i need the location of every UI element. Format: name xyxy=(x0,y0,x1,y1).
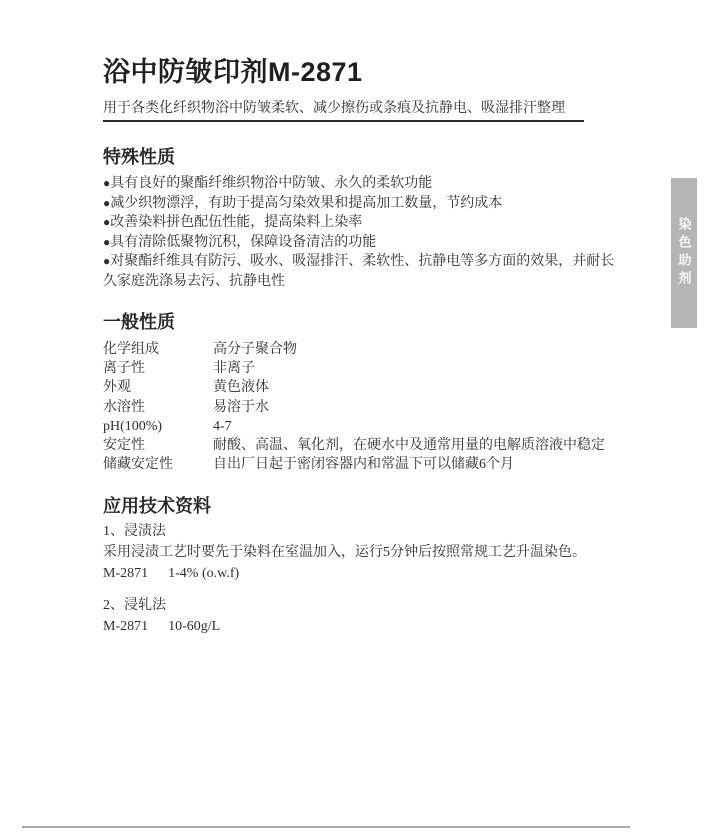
property-label: 储藏安定性 xyxy=(103,455,213,474)
list-item-text: 具有清除低聚物沉积，保障设备清洁的功能 xyxy=(110,235,376,250)
table-row: 离子性 非离子 xyxy=(103,359,651,378)
list-item-text: 具有良好的聚酯纤维织物浴中防皱、永久的柔软功能 xyxy=(110,176,432,191)
list-item-text: 减少织物漂浮，有助于提高匀染效果和提高加工数量，节约成本 xyxy=(110,196,502,211)
method2-dosage: M-287110-60g/L xyxy=(103,616,651,637)
dosage-range: 1-4% (o.w.f) xyxy=(168,566,239,581)
property-value: 高分子聚合物 xyxy=(213,340,651,359)
list-item-text: 对聚酯纤维具有防污、吸水、吸湿排汗、柔软性、抗静电等多方面的效果，并耐长久家庭洗… xyxy=(103,254,614,289)
table-row: 储藏安定性 自出厂日起于密闭容器内和常温下可以储藏6个月 xyxy=(103,455,651,474)
property-label: 安定性 xyxy=(103,436,213,455)
datasheet-page: 浴中防皱印剂M-2871 用于各类化纤织物浴中防皱柔软、减少擦伤或条痕及抗静电、… xyxy=(0,0,715,832)
product-subtitle-text: 用于各类化纤织物浴中防皱柔软、减少擦伤或条痕及抗静电、吸湿排汗整理 xyxy=(103,99,565,115)
page-footer-rule xyxy=(22,826,630,828)
method1-dosage: M-28711-4% (o.w.f) xyxy=(103,563,651,584)
method1-title: 1、浸渍法 xyxy=(103,521,651,542)
property-value: 4-7 xyxy=(213,417,651,436)
table-row: pH(100%) 4-7 xyxy=(103,417,651,436)
section-heading-application: 应用技术资料 xyxy=(103,495,211,517)
product-code: M-2871 xyxy=(103,619,148,634)
dosage-range: 10-60g/L xyxy=(168,619,220,634)
list-item: ●具有清除低聚物沉积，保障设备清洁的功能 xyxy=(103,233,628,253)
list-item: ●减少织物漂浮，有助于提高匀染效果和提高加工数量，节约成本 xyxy=(103,194,628,214)
property-value: 易溶于水 xyxy=(213,398,651,417)
application-section: 1、浸渍法 采用浸渍工艺时要先于染料在室温加入，运行5分钟后按照常规工艺升温染色… xyxy=(103,521,651,637)
table-row: 化学组成 高分子聚合物 xyxy=(103,340,651,359)
table-row: 水溶性 易溶于水 xyxy=(103,398,651,417)
product-title: 浴中防皱印剂M-2871 xyxy=(103,55,363,89)
property-value: 非离子 xyxy=(213,359,651,378)
list-item: ●改善染料拼色配伍性能，提高染料上染率 xyxy=(103,213,628,233)
list-item: ●对聚酯纤维具有防污、吸水、吸湿排汗、柔软性、抗静电等多方面的效果，并耐长久家庭… xyxy=(103,252,628,291)
product-code: M-2871 xyxy=(103,566,148,581)
method1-description: 采用浸渍工艺时要先于染料在室温加入，运行5分钟后按照常规工艺升温染色。 xyxy=(103,542,651,563)
property-label: 外观 xyxy=(103,378,213,397)
property-value: 自出厂日起于密闭容器内和常温下可以储藏6个月 xyxy=(213,455,651,474)
list-item: ●具有良好的聚酯纤维织物浴中防皱、永久的柔软功能 xyxy=(103,174,628,194)
table-row: 安定性 耐酸、高温、氧化剂，在硬水中及通常用量的电解质溶液中稳定 xyxy=(103,436,651,455)
list-item-text: 改善染料拼色配伍性能，提高染料上染率 xyxy=(110,215,362,230)
property-label: 离子性 xyxy=(103,359,213,378)
property-label: 水溶性 xyxy=(103,398,213,417)
property-value: 黄色液体 xyxy=(213,378,651,397)
method2-title: 2、浸轧法 xyxy=(103,595,651,616)
table-row: 外观 黄色液体 xyxy=(103,378,651,397)
general-properties-table: 化学组成 高分子聚合物 离子性 非离子 外观 黄色液体 水溶性 易溶于水 pH(… xyxy=(103,340,651,474)
property-label: pH(100%) xyxy=(103,417,213,436)
section-heading-general-properties: 一般性质 xyxy=(103,311,175,333)
section-heading-special-properties: 特殊性质 xyxy=(103,146,175,168)
property-label: 化学组成 xyxy=(103,340,213,359)
category-side-tab: 染色助剂 xyxy=(671,178,697,328)
property-value: 耐酸、高温、氧化剂，在硬水中及通常用量的电解质溶液中稳定 xyxy=(213,436,651,455)
category-side-tab-label: 染色助剂 xyxy=(675,217,694,289)
product-subtitle: 用于各类化纤织物浴中防皱柔软、减少擦伤或条痕及抗静电、吸湿排汗整理 xyxy=(103,99,584,122)
special-properties-list: ●具有良好的聚酯纤维织物浴中防皱、永久的柔软功能 ●减少织物漂浮，有助于提高匀染… xyxy=(103,174,628,291)
